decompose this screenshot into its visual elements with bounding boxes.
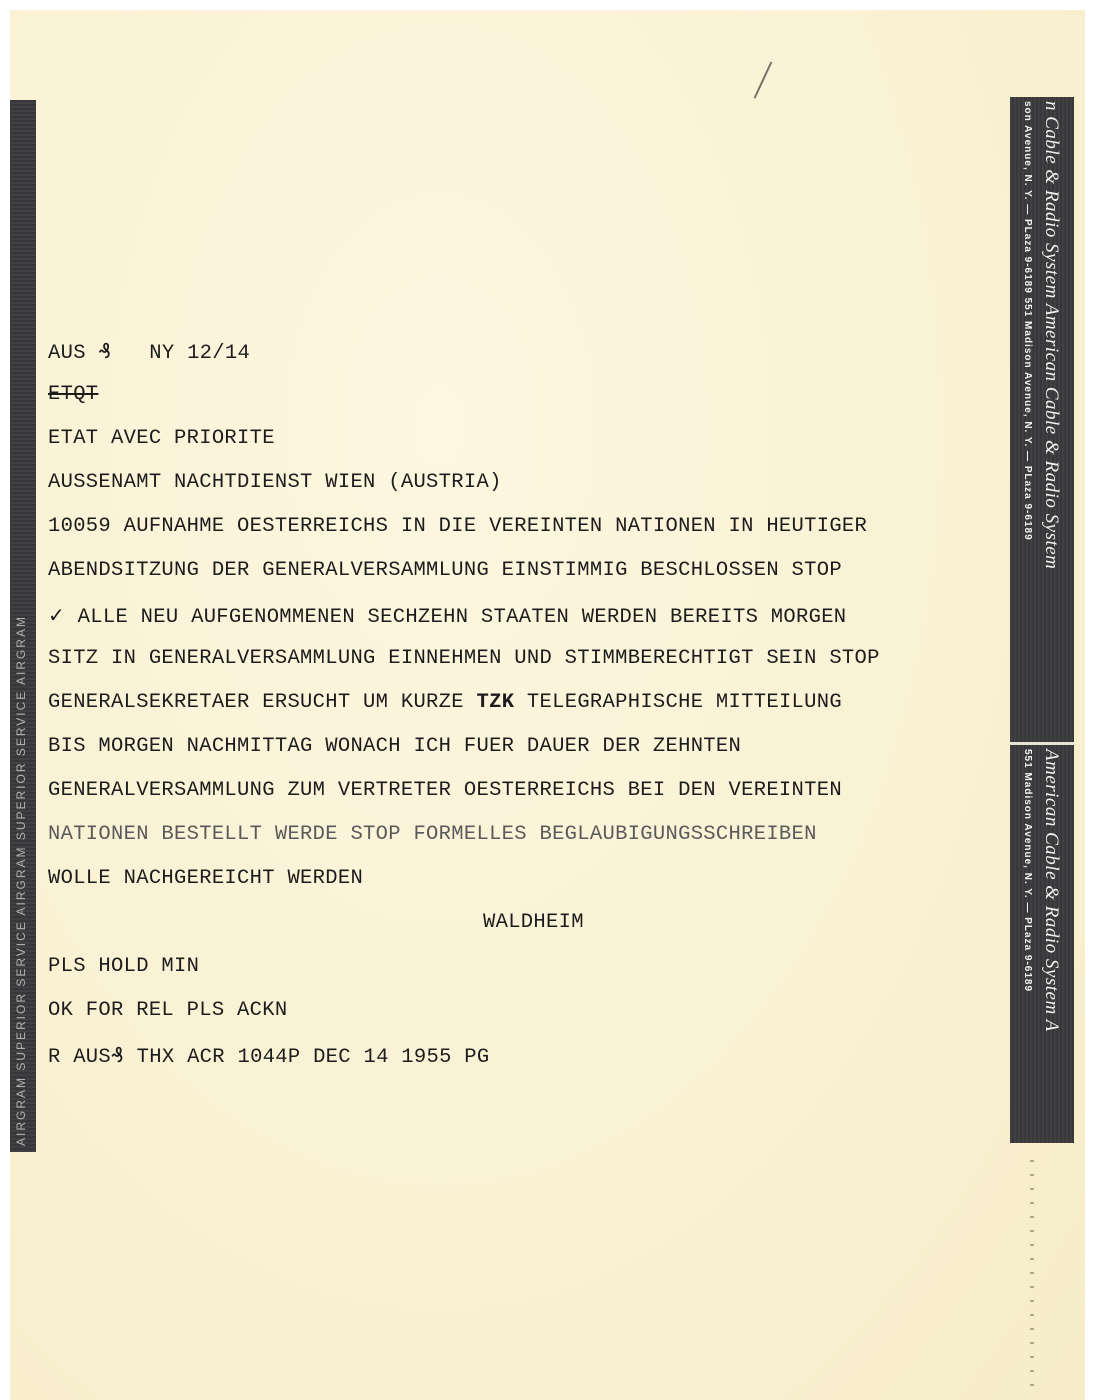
- handwritten-mark-icon: ₰: [111, 1043, 124, 1067]
- handwritten-mark-icon: ₰: [98, 339, 111, 363]
- footer-line: R AUS₰ THX ACR 1044P DEC 14 1955 PG: [48, 1040, 490, 1070]
- checkmark-icon: ✓: [48, 603, 65, 627]
- header-line: AUS ₰ NY 12/14: [48, 336, 250, 366]
- body-line: SITZ IN GENERALVERSAMMLUNG EINNEHMEN UND…: [48, 644, 880, 674]
- footer-line: OK FOR REL PLS ACKN: [48, 996, 287, 1026]
- body-line: BIS MORGEN NACHMITTAG WONACH ICH FUER DA…: [48, 732, 741, 762]
- letterhead-brand: American Cable & Radio System A: [1040, 749, 1062, 1032]
- body-line: ✓ ALLE NEU AUFGENOMMENEN SECHZEHN STAATE…: [48, 600, 846, 630]
- letterhead-address: 551 Madison Avenue, N. Y. — PLaza 9-6189: [1022, 749, 1033, 992]
- left-strip-text: AIRGRAM SUPERIOR SERVICE AIRGRAM SUPERIO…: [14, 106, 32, 1146]
- struck-code: ETQT: [48, 380, 98, 410]
- body-line: NATIONEN BESTELLT WERDE STOP FORMELLES B…: [48, 820, 817, 850]
- destination-date: NY 12/14: [149, 342, 250, 365]
- letterhead-address: son Avenue, N. Y. — PLaza 9-6189 551 Mad…: [1022, 101, 1033, 541]
- letterhead-brand: n Cable & Radio System American Cable & …: [1040, 101, 1062, 569]
- left-tape-strip: AIRGRAM SUPERIOR SERVICE AIRGRAM SUPERIO…: [10, 100, 36, 1152]
- signature: WALDHEIM: [483, 908, 584, 938]
- body-line: 10059 AUFNAHME OESTERREICHS IN DIE VEREI…: [48, 512, 867, 542]
- body-line: GENERALSEKRETAER ERSUCHT UM KURZE TZK TE…: [48, 688, 842, 718]
- priority-line: ETAT AVEC PRIORITE: [48, 424, 275, 454]
- origin-code: AUS: [48, 342, 86, 365]
- body-line: GENERALVERSAMMLUNG ZUM VERTRETER OESTERR…: [48, 776, 842, 806]
- overtyped-text: TZK: [476, 691, 514, 714]
- perforation-dots: [1030, 1160, 1034, 1390]
- body-line: WOLLE NACHGEREICHT WERDEN: [48, 864, 363, 894]
- right-letterhead-strip-bottom: American Cable & Radio System A 551 Madi…: [1010, 745, 1074, 1143]
- body-line: ABENDSITZUNG DER GENERALVERSAMMLUNG EINS…: [48, 556, 842, 586]
- addressee-line: AUSSENAMT NACHTDIENST WIEN (AUSTRIA): [48, 468, 502, 498]
- footer-line: PLS HOLD MIN: [48, 952, 199, 982]
- right-letterhead-strip-top: n Cable & Radio System American Cable & …: [1010, 97, 1074, 742]
